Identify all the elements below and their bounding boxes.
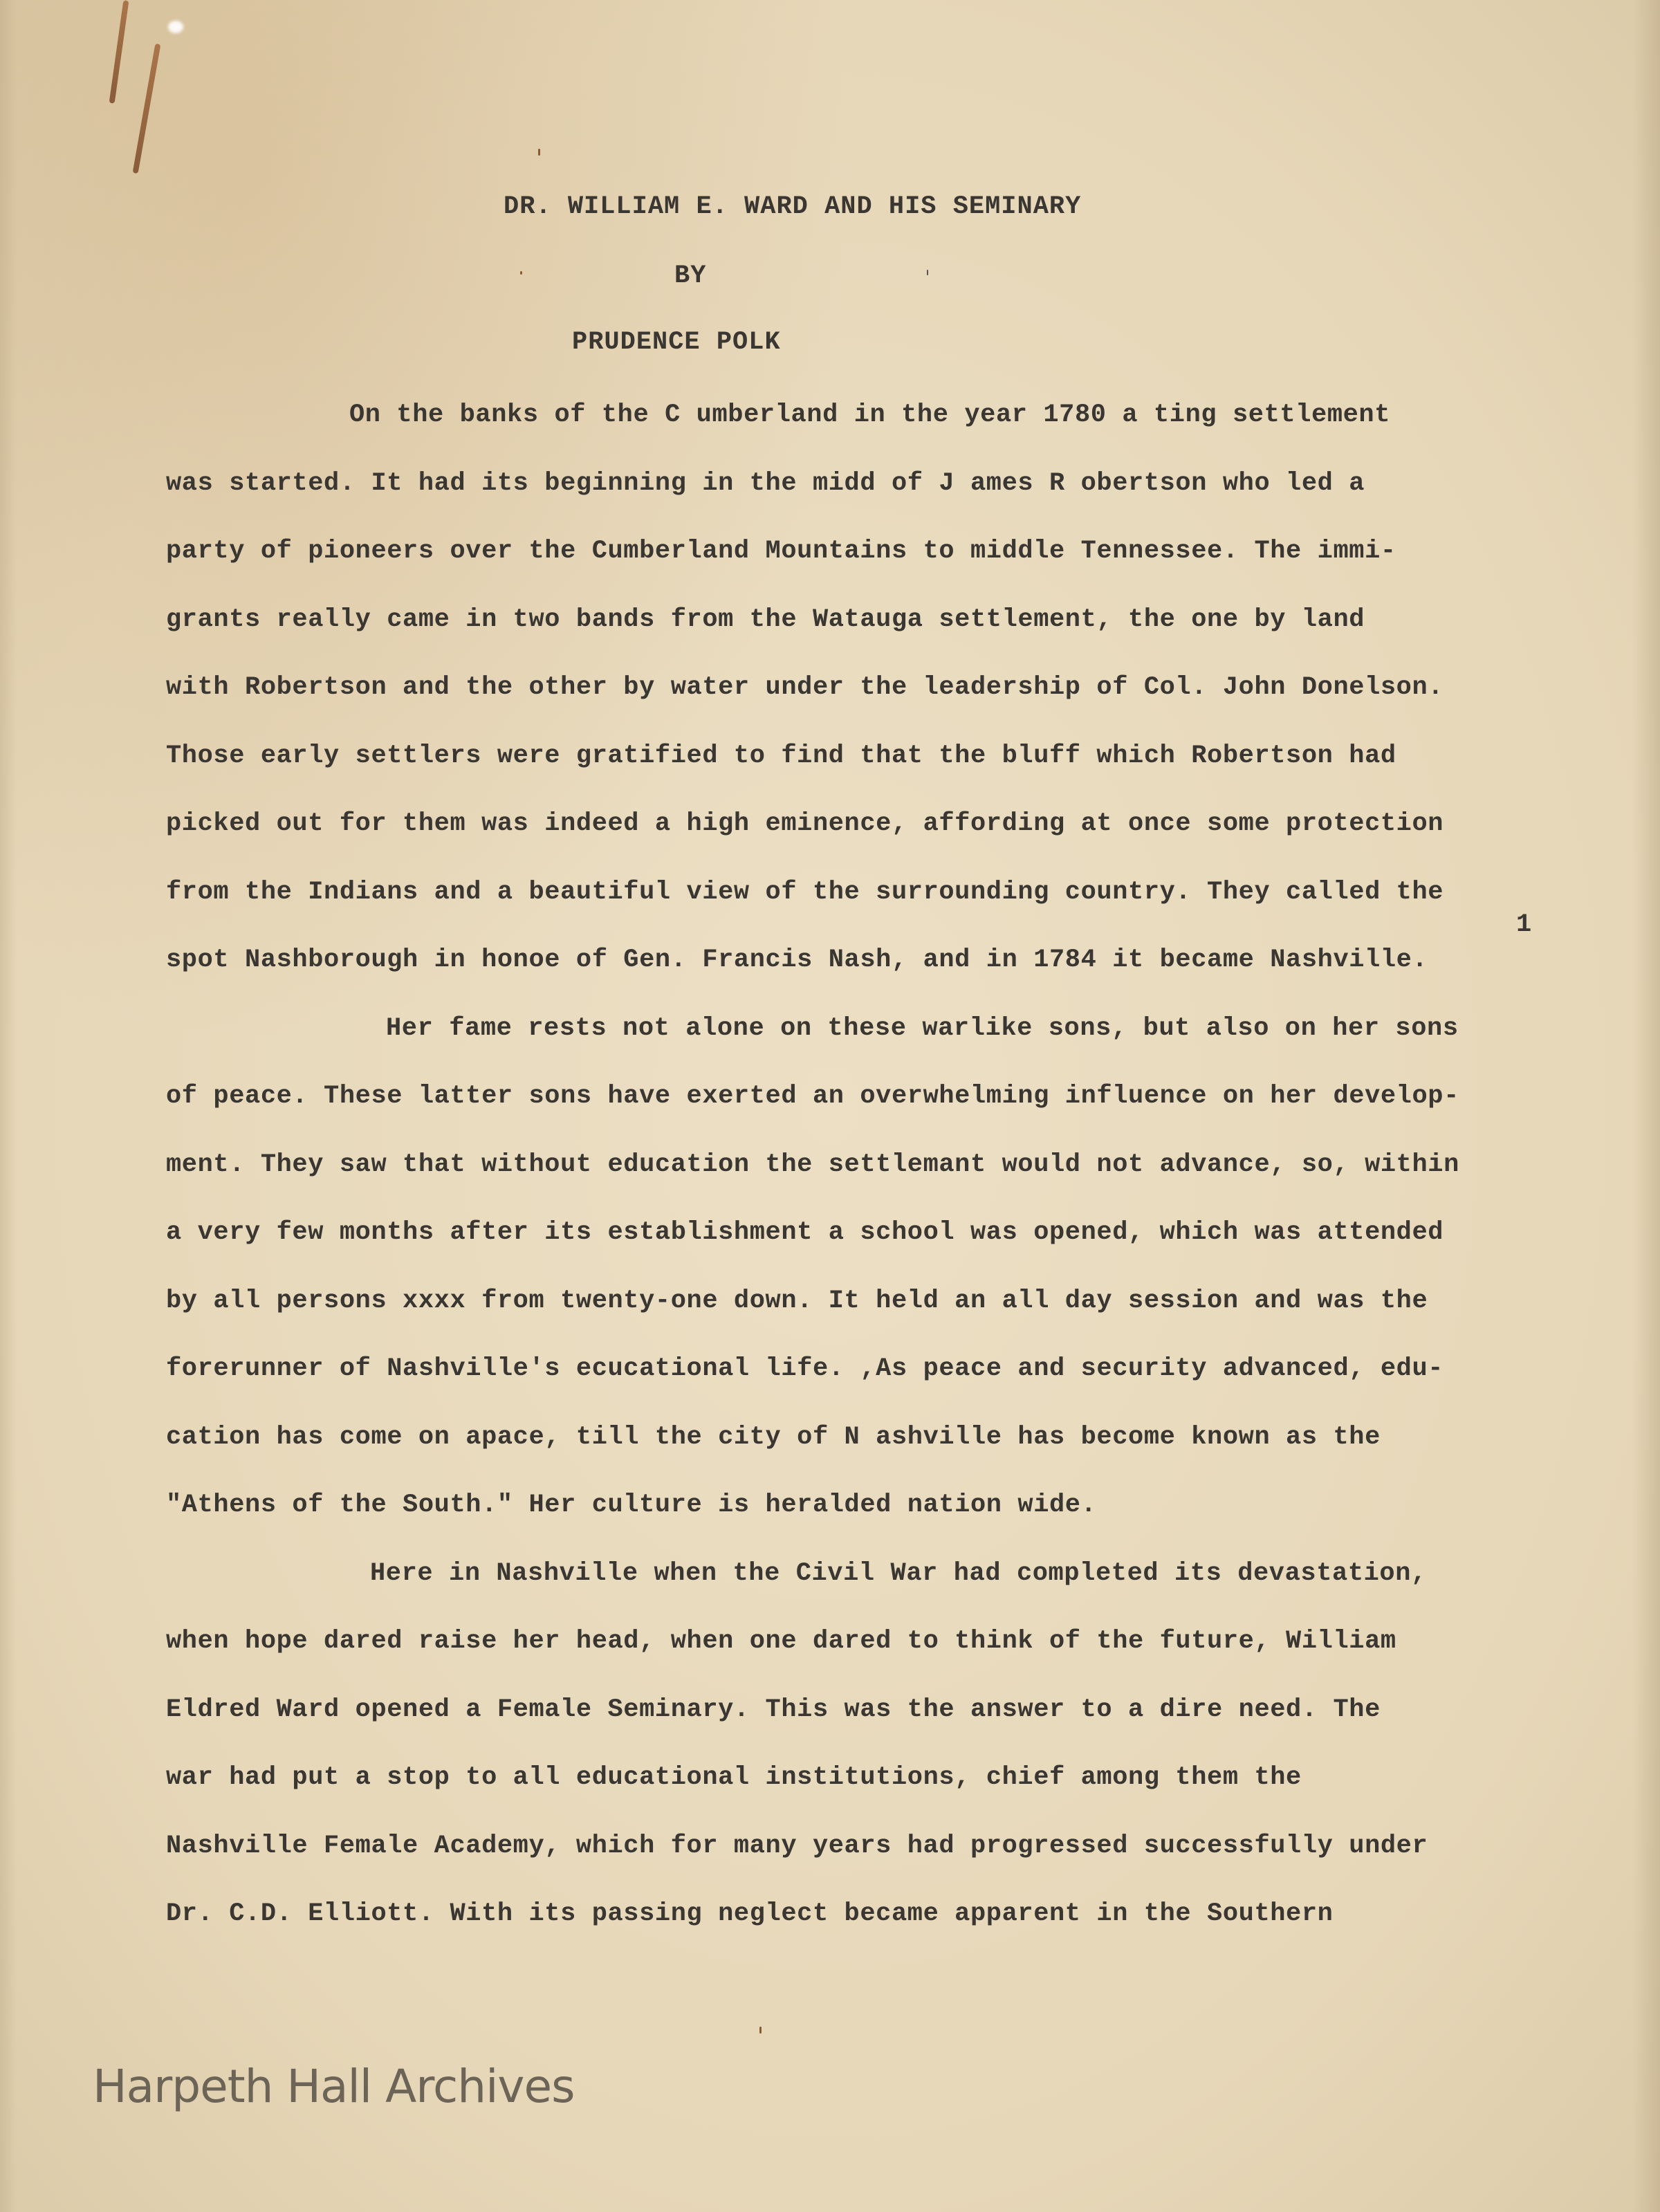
page-edge-shadow [0, 0, 17, 2212]
paper-speck [520, 271, 522, 275]
text-line: war had put a stop to all educational in… [166, 1757, 1563, 1825]
text-line: picked out for them was indeed a high em… [166, 803, 1563, 872]
text-line: when hope dared raise her head, when one… [166, 1621, 1563, 1689]
archive-watermark: Harpeth Hall Archives [93, 2060, 574, 2113]
text-line: party of pioneers over the Cumberland Mo… [166, 531, 1563, 599]
text-line: Those early settlers were gratified to f… [166, 735, 1563, 804]
text-line: spot Nashborough in honoe of Gen. Franci… [166, 939, 1563, 1008]
text-line: Dr. C.D. Elliott. With its passing negle… [166, 1893, 1563, 1962]
text-line: of peace. These latter sons have exerted… [166, 1076, 1563, 1144]
document-body: On the banks of the C umberland in the y… [166, 394, 1563, 1962]
text-line: Eldred Ward opened a Female Seminary. Th… [166, 1689, 1563, 1758]
text-line: "Athens of the South." Her culture is he… [166, 1484, 1563, 1553]
text-line: by all persons xxxx from twenty-one down… [166, 1280, 1563, 1349]
footnote-marker: 1 [1516, 910, 1531, 939]
text-line: a very few months after its establishmen… [166, 1212, 1563, 1280]
text-line: Her fame rests not alone on these warlik… [166, 1008, 1563, 1076]
document-page: DR. WILLIAM E. WARD AND HIS SEMINARY BY … [0, 0, 1660, 2212]
paper-speck [759, 2027, 762, 2034]
text-line: Here in Nashville when the Civil War had… [166, 1553, 1563, 1621]
paper-speck [538, 149, 540, 156]
rust-staple-mark-icon [109, 0, 129, 104]
document-title: DR. WILLIAM E. WARD AND HIS SEMINARY [504, 192, 1660, 221]
text-line: grants really came in two bands from the… [166, 599, 1563, 667]
text-line: with Robertson and the other by water un… [166, 667, 1563, 735]
text-line: from the Indians and a beautiful view of… [166, 872, 1563, 940]
text-line: ment. They saw that without education th… [166, 1144, 1563, 1213]
text-line: Nashville Female Academy, which for many… [166, 1825, 1563, 1894]
text-line: was started. It had its beginning in the… [166, 463, 1563, 531]
text-line: cation has come on apace, till the city … [166, 1417, 1563, 1485]
author-name: PRUDENCE POLK [572, 328, 1660, 357]
byline: BY [674, 261, 1660, 291]
text-line: forerunner of Nashville's ecucational li… [166, 1348, 1563, 1417]
text-line: On the banks of the C umberland in the y… [166, 394, 1563, 463]
scan-glare [168, 21, 183, 33]
rust-staple-mark-icon [133, 44, 161, 174]
